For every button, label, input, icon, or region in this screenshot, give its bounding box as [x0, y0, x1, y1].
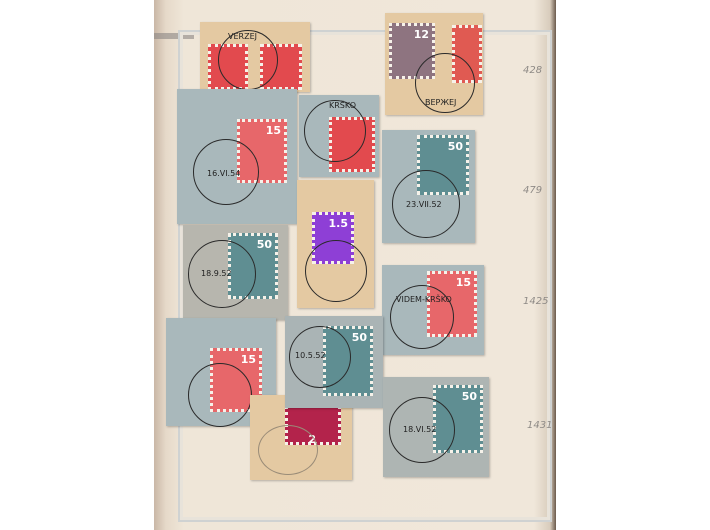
postmark-text: VERZEJ	[228, 32, 257, 41]
album-number: 1431	[527, 420, 552, 431]
postmark	[305, 240, 367, 302]
postmark	[258, 425, 318, 475]
stamp-piece-verzej-card: 12 ВЕРЖЕЈ	[385, 13, 483, 115]
postmark-date: 10.5.52	[295, 351, 326, 360]
postmark-text: VIDEM-KRŠKO	[396, 295, 452, 304]
postmark-date: 16.VI.54	[207, 169, 240, 178]
stamp-piece-verzej-pair: VERZEJ	[200, 22, 310, 92]
stamp-piece-krsko-1: KRŠKO	[299, 95, 379, 177]
postmark-date: 18.9.52	[201, 269, 232, 278]
postmark-date: 23.VII.52	[406, 200, 442, 209]
album-number: 428	[523, 65, 542, 76]
stamp-piece-videm-ob-krki: 1.5	[297, 180, 374, 308]
album-number: 479	[523, 185, 542, 196]
stamp-piece-videm-ob-savi: 50 18.VI.52	[383, 377, 489, 477]
postmark-text: KRŠKO	[329, 101, 356, 110]
stamp-piece-videm-dobrepolje-2: 50 23.VII.52	[382, 130, 475, 243]
stamp-piece-videm-dobrepolje-1: 15 16.VI.54	[177, 89, 297, 224]
album-number: 1425	[523, 296, 548, 307]
postmark-date: 18.VI.52	[403, 425, 436, 434]
postmark	[188, 363, 252, 427]
stamp-piece-krsko-3: 50 10.5.52	[285, 316, 383, 408]
stamp-piece-videm-krsko-1: 15 VIDEM-KRŠKO	[382, 265, 484, 355]
stamp-piece-krsko-2: 50 18.9.52	[183, 225, 288, 320]
postmark-text: ВЕРЖЕЈ	[425, 98, 456, 107]
